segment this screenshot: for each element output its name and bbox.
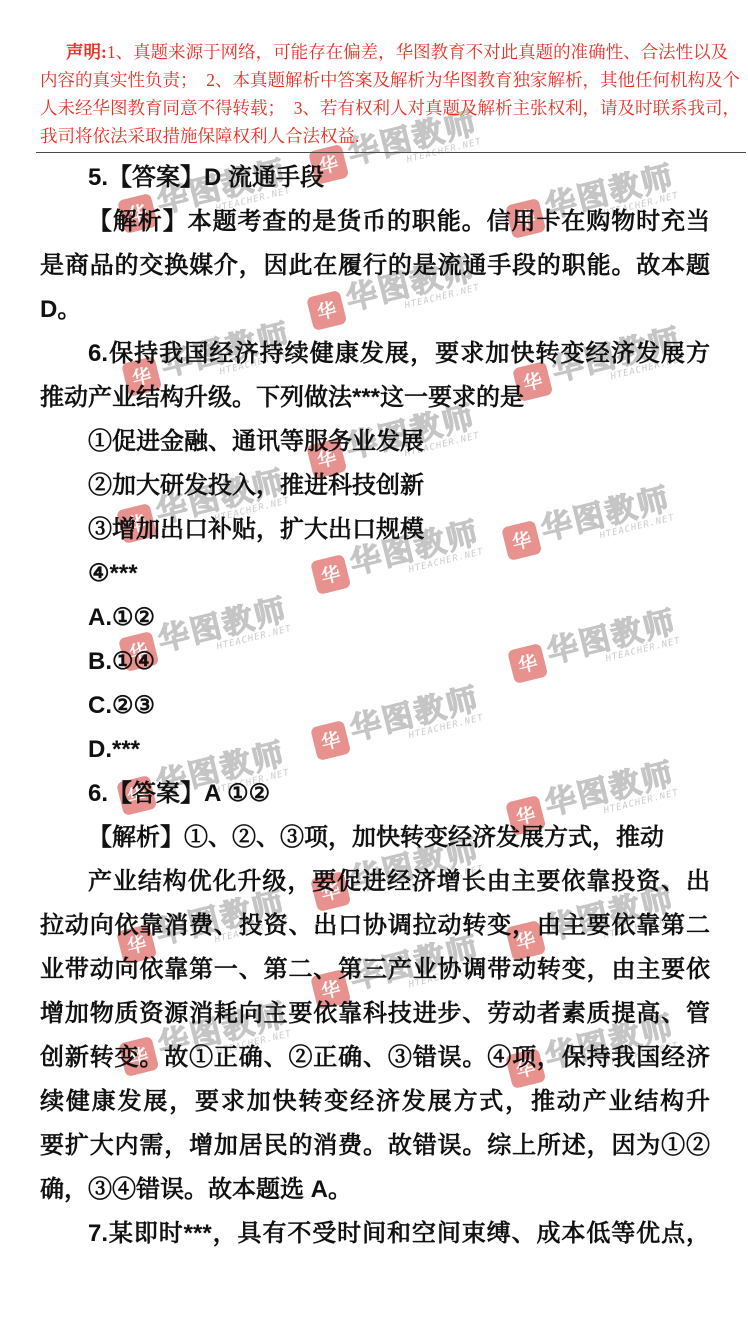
body-text-line: 7.某即时***，具有不受时间和空间束缚、成本低等优点，得 — [40, 1212, 710, 1256]
body-text-line: ④*** — [40, 552, 710, 596]
disclaimer-notice: 声明:1、真题来源于网络，可能存在偏差，华图教育不对此真题的准确性、合法性以及内… — [40, 38, 744, 150]
body-text-line: 产业结构优化升级，要促进经济增长由主要依靠投资、出口 — [40, 860, 710, 904]
body-text-line: 拉动向依靠消费、投资、出口协调拉动转变，由主要依靠第二产 — [40, 904, 710, 948]
document-page: 华华图教师HTEACHER.NET华华图教师HTEACHER.NET华华图教师H… — [0, 0, 748, 1335]
body-text-line: D。 — [40, 288, 710, 332]
body-text-line: 【解析】本题考查的是货币的职能。信用卡在购物时充当的 — [40, 200, 710, 244]
body-text-line: A.①② — [40, 596, 710, 640]
body-text-line: 业带动向依靠第一、第二、第三产业协调带动转变，由主要依靠 — [40, 948, 710, 992]
body-text-line: 【解析】①、②、③项，加快转变经济发展方式，推动 — [40, 816, 710, 860]
body-text-line: ①促进金融、通讯等服务业发展 — [40, 420, 710, 464]
body-text-line: 要扩大内需，增加居民的消费。故错误。综上所述，因为①②正 — [40, 1124, 710, 1168]
disclaimer-line: 声明:1、真题来源于网络，可能存在偏差，华图教育不对此真题的准确性、合法性以及 — [40, 38, 744, 66]
body-text-line: 续健康发展，要求加快转变经济发展方式，推动产业结构升级， — [40, 1080, 710, 1124]
disclaimer-line: 我司将依法采取措施保障权利人合法权益. — [40, 122, 744, 150]
disclaimer-line: 内容的真实性负责； 2、本真题解析中答案及解析为华图教育独家解析，其他任何机构及… — [40, 66, 744, 94]
body-text-line: 确，③④错误。故本题选 A。 — [40, 1168, 710, 1212]
body-text-line: C.②③ — [40, 684, 710, 728]
body-text-line: 6.保持我国经济持续健康发展，要求加快转变经济发展方式， — [40, 332, 710, 376]
body-text-line: 增加物质资源消耗向主要依靠科技进步、劳动者素质提高、管理 — [40, 992, 710, 1036]
disclaimer-label: 声明: — [66, 42, 107, 62]
divider-line — [36, 152, 746, 153]
body-text-line: 5.【答案】D 流通手段 — [40, 156, 710, 200]
body-text-line: ②加大研发投入，推进科技创新 — [40, 464, 710, 508]
body-text-line: ③增加出口补贴，扩大出口规模 — [40, 508, 710, 552]
body-text-line: 创新转变。故①正确、②正确、③错误。④项，保持我国经济持 — [40, 1036, 710, 1080]
disclaimer-line: 人未经华图教育同意不得转载； 3、若有权利人对真题及解析主张权利，请及时联系我司… — [40, 94, 744, 122]
body-text-line: 6.【答案】A ①② — [40, 772, 710, 816]
answer-analysis-content: 5.【答案】D 流通手段【解析】本题考查的是货币的职能。信用卡在购物时充当的是商… — [40, 156, 710, 1256]
body-text-line: 是商品的交换媒介，因此在履行的是流通手段的职能。故本题选 — [40, 244, 710, 288]
body-text-line: D.*** — [40, 728, 710, 772]
body-text-line: B.①④ — [40, 640, 710, 684]
body-text-line: 推动产业结构升级。下列做法***这一要求的是 — [40, 376, 710, 420]
